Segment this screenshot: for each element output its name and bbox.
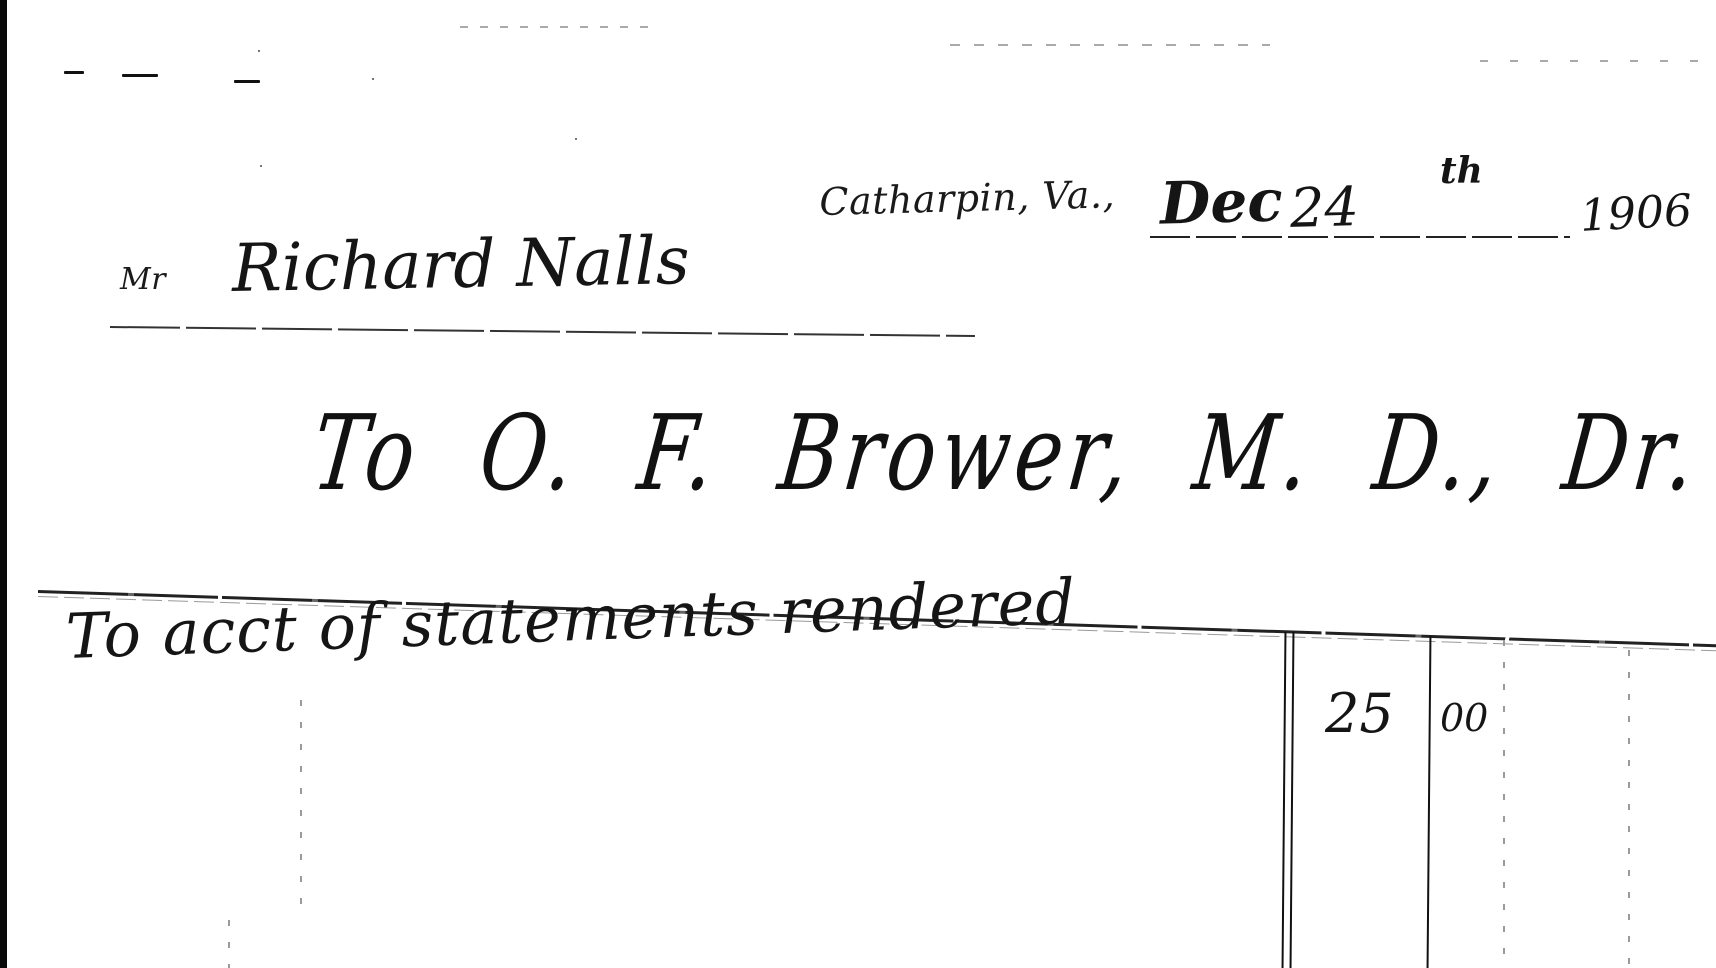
faint-column-line bbox=[1503, 640, 1505, 968]
salutation-text: Mr bbox=[120, 262, 166, 297]
invoice-page: Catharpin, Va., Dec 24 th 1906 Mr Richar… bbox=[0, 0, 1716, 968]
faint-column-line bbox=[300, 700, 302, 920]
cents-column-line bbox=[1427, 636, 1432, 968]
faint-column-line bbox=[1628, 650, 1630, 968]
line-item-amount-dollars: 25 bbox=[1325, 682, 1394, 745]
scan-speck bbox=[258, 50, 260, 52]
date-suffix: th bbox=[1440, 150, 1483, 192]
scan-speck bbox=[372, 78, 374, 80]
scan-left-border bbox=[0, 0, 7, 968]
faint-top-dashes bbox=[1480, 60, 1710, 62]
date-month: Dec bbox=[1159, 166, 1283, 237]
date-year: 1906 bbox=[1579, 185, 1694, 242]
faint-column-line bbox=[228, 920, 230, 968]
place-text: Catharpin, Va., bbox=[819, 172, 1116, 224]
faint-top-dashes bbox=[460, 26, 660, 28]
billhead-title: To O. F. Brower, M. D., Dr. bbox=[307, 392, 1706, 514]
recipient-underline bbox=[110, 326, 975, 337]
amount-column-left-line-2 bbox=[1290, 632, 1295, 968]
line-item-description: To acct of statements rendered bbox=[65, 565, 1077, 673]
recipient-name: Richard Nalls bbox=[231, 222, 690, 307]
amount-column-left-line bbox=[1282, 632, 1287, 968]
scan-speck bbox=[575, 138, 577, 140]
date-underline bbox=[1150, 236, 1570, 238]
scan-speck bbox=[260, 165, 262, 167]
date-day: 24 bbox=[1289, 175, 1359, 240]
scan-artifact bbox=[122, 74, 158, 77]
scan-artifact bbox=[64, 71, 84, 74]
faint-top-dashes bbox=[950, 44, 1270, 46]
line-item-amount-cents: 00 bbox=[1440, 696, 1488, 740]
scan-artifact bbox=[234, 80, 260, 83]
